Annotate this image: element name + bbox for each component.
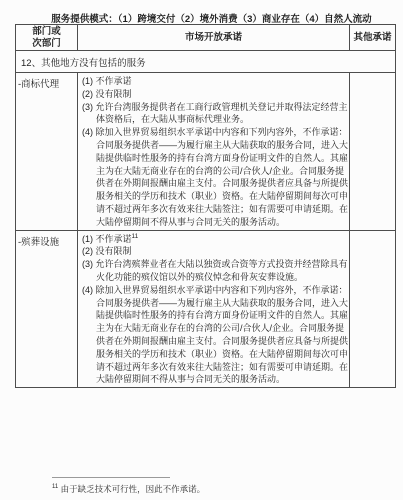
service-modes-line: 服务提供模式：（1）跨境交付（2）境外消费（3）商业存在（4）自然人流动: [0, 11, 403, 25]
item-marker: (2): [82, 246, 96, 256]
commitment-item: (4) 除加入世界贸易组织水平承诺中内容和下列内容外，不作承诺： 合同服务提供者…: [82, 284, 348, 386]
item-text: 允许台湾服务提供者在工商行政管理机关登记并取得法定经营主 体资格后，在大陆从事商…: [96, 102, 348, 125]
item-marker: (4): [82, 285, 96, 295]
sector-cell: -商标代理: [16, 73, 78, 231]
other-commitments-cell: [350, 73, 396, 231]
item-marker: (1): [82, 76, 96, 86]
market-commitments-cell: (1) 不作承诺11 (2) 没有限制 (3) 允许台湾殡葬业者在大陆以独资或合…: [78, 230, 350, 388]
item-text: 允许台湾殡葬业者在大陆以独资或合资等方式投资并经营除具有 火化功能的殡仪馆以外的…: [96, 259, 348, 282]
item-marker: (4): [82, 127, 96, 137]
other-commitments-cell: [350, 230, 396, 388]
table-row-funeral-facilities: -殡葬设施 (1) 不作承诺11 (2) 没有限制 (3) 允许台湾殡葬业者在大…: [16, 230, 396, 388]
col-header-market-commitments: 市场开放承诺: [78, 25, 350, 51]
footnote-reference: 11: [132, 233, 139, 240]
commitment-item: (1) 不作承诺: [82, 75, 348, 88]
item-text: 除加入世界贸易组织水平承诺中内容和下列内容外，不作承诺： 合同服务提供者——为履…: [96, 285, 349, 385]
footnote: 11 由于缺乏技术可行性，因此不作承诺。: [52, 482, 312, 494]
table-row-trademark-agency: -商标代理 (1) 不作承诺 (2) 没有限制 (3) 允许台湾服务提供者在工商…: [16, 73, 396, 231]
item-marker: (3): [82, 259, 96, 269]
sector-cell: -殡葬设施: [16, 230, 78, 388]
footnote-text: 由于缺乏技术可行性，因此不作承诺。: [61, 484, 206, 494]
document-page: 服务提供模式：（1）跨境交付（2）境外消费（3）商业存在（4）自然人流动 部门或…: [0, 0, 403, 500]
market-commitments-cell: (1) 不作承诺 (2) 没有限制 (3) 允许台湾服务提供者在工商行政管理机关…: [78, 73, 350, 231]
item-marker: (3): [82, 102, 96, 112]
item-text: 不作承诺: [96, 76, 132, 86]
item-text: 不作承诺: [96, 234, 132, 244]
item-marker: (1): [82, 234, 96, 244]
commitment-item: (2) 没有限制: [82, 88, 348, 101]
item-text: 没有限制: [96, 246, 132, 256]
commitment-item: (3) 允许台湾服务提供者在工商行政管理机关登记并取得法定经营主 体资格后，在大…: [82, 101, 348, 127]
footnote-marker: 11: [52, 484, 58, 490]
commitment-item: (2) 没有限制: [82, 245, 348, 258]
commitment-item: (4) 除加入世界贸易组织水平承诺中内容和下列内容外，不作承诺： 合同服务提供者…: [82, 126, 348, 228]
commitment-item: (3) 允许台湾殡葬业者在大陆以独资或合资等方式投资并经营除具有 火化功能的殡仪…: [82, 258, 348, 284]
item-text: 除加入世界贸易组织水平承诺中内容和下列内容外，不作承诺： 合同服务提供者——为履…: [96, 127, 349, 227]
table-header-row: 部门或 次部门 市场开放承诺 其他承诺: [16, 25, 396, 51]
item-marker: (2): [82, 89, 96, 99]
col-header-other-commitments: 其他承诺: [350, 25, 396, 51]
commitments-table: 部门或 次部门 市场开放承诺 其他承诺 12、其他地方没有包括的服务 -商标代理…: [15, 24, 396, 388]
section-title: 12、其他地方没有包括的服务: [16, 51, 396, 73]
section-row: 12、其他地方没有包括的服务: [16, 51, 396, 73]
commitment-item: (1) 不作承诺11: [82, 233, 348, 246]
footnote-block: 11 由于缺乏技术可行性，因此不作承诺。: [52, 477, 312, 494]
footnote-separator: [52, 477, 170, 478]
col-header-sector: 部门或 次部门: [16, 25, 78, 51]
item-text: 没有限制: [96, 89, 132, 99]
